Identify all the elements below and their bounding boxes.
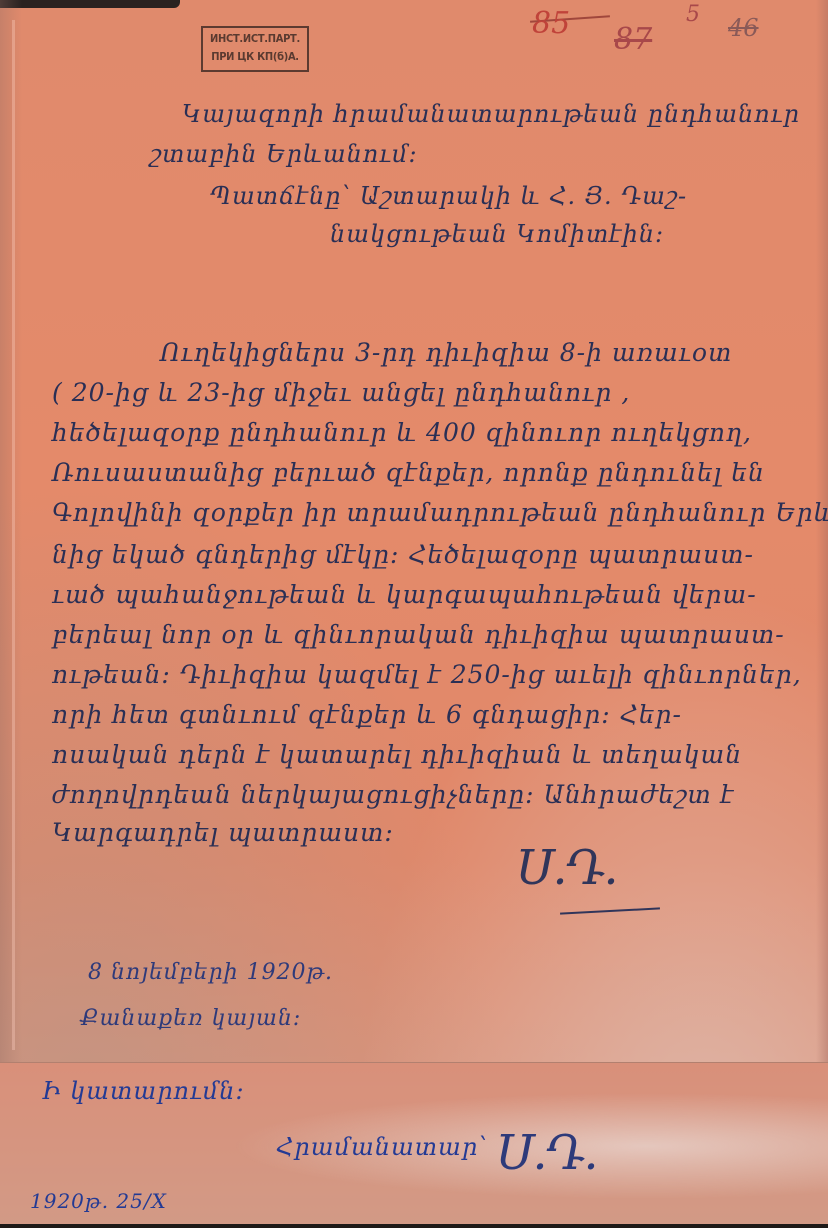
lower-sheet-line-1: Ի կատարումն։ xyxy=(42,1077,245,1105)
lower-signature-label: Հրամանատար՝ xyxy=(276,1133,488,1161)
archive-number-second: 87 xyxy=(614,22,652,57)
document-page: ИНСТ.ИСТ.ПАРТ. ПРИ ЦК КП(б)А. 85 87 5 46… xyxy=(0,0,828,1228)
letter-place: Քանաքեռ կայան։ xyxy=(80,1006,301,1031)
body-line: Կարգադրել պատրաստ։ xyxy=(52,818,394,847)
archive-number-first: 85 xyxy=(532,6,570,41)
attached-lower-sheet: Ի կատարումն։ Հրամանատար՝ Ս.Դ. 1920թ. 25/… xyxy=(0,1062,828,1228)
body-line: ութեան։ Դիւիզիա կազմել է 250-ից աւելի զի… xyxy=(52,660,802,689)
body-line: հեծելազօրք ընդհանուր և 400 զինուոր ուղեկ… xyxy=(52,418,752,447)
lower-sheet-date: 1920թ. 25/Х xyxy=(30,1189,167,1213)
header-line-3: Պատճէնը՝ Աշտարակի և Հ. Յ. Դաշ- xyxy=(210,182,687,210)
main-signature: Ս.Դ. xyxy=(516,840,617,896)
signature-underline xyxy=(560,907,660,914)
body-line: ( 20-ից և 23-ից միջեւ անցել ընդհանուր , xyxy=(52,378,630,407)
header-line-4: նակցութեան Կոմիտէին։ xyxy=(330,220,664,248)
stamp-line-1: ИНСТ.ИСТ.ПАРТ. xyxy=(203,30,307,48)
page-fold-line xyxy=(12,20,15,1050)
letter-date: 8 նոյեմբերի 1920թ. xyxy=(88,960,333,985)
page-right-edge xyxy=(816,0,828,1228)
body-line: նից եկած գնդերից մէկը։ Հեծելազօրը պատրաս… xyxy=(52,540,754,569)
body-line: Գոլովինի զօրքեր իր տրամադրութեան ընդհանո… xyxy=(52,498,828,527)
body-line: ոսական դերն է կատարել դիւիզիան և տեղական xyxy=(52,740,742,769)
stamp-line-2: ПРИ ЦК КП(б)А. xyxy=(203,48,307,66)
archive-number-third: 46 xyxy=(728,14,759,42)
body-line: ւած պահանջութեան և կարգապահութեան վերա- xyxy=(52,580,757,609)
body-line: ժողովրդեան ներկայացուցիչները։ Անհրաժեշտ … xyxy=(52,780,734,809)
archive-stamp: ИНСТ.ИСТ.ПАРТ. ПРИ ЦК КП(б)А. xyxy=(201,26,309,72)
header-line-2: շտաբին Երևանում։ xyxy=(150,140,418,168)
page-left-edge xyxy=(0,0,22,1228)
body-line: որի հետ գտնւում զէնքեր և 6 գնդացիր։ Հեր- xyxy=(52,700,682,729)
body-line: Ռուսաստանից բերւած զէնքեր, որոնք ընդունե… xyxy=(52,458,765,487)
photo-bottom-edge xyxy=(0,1224,828,1228)
body-line: բերեալ նոր օր և զինւորական դիւիզիա պատրա… xyxy=(52,620,785,649)
body-line: Ուղեկիցներս 3-րդ դիւիզիա 8-ի առաւօտ xyxy=(160,338,732,367)
lower-signature: Ս.Դ. xyxy=(496,1125,597,1181)
archive-number-superscript: 5 xyxy=(686,2,700,27)
header-line-1: Կայազորի հրամանատարութեան ընդհանուր xyxy=(182,100,800,128)
folder-edge xyxy=(0,0,180,8)
